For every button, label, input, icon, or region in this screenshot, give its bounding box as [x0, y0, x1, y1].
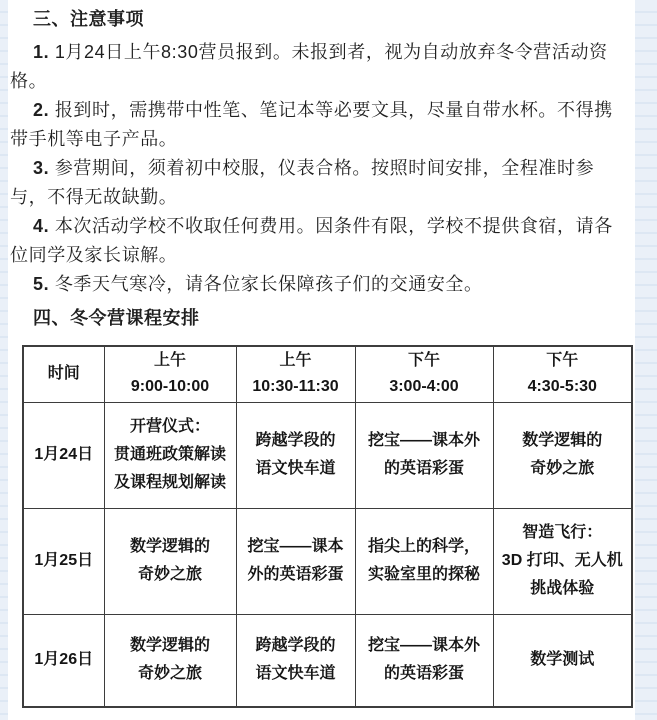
notice-item-1: 1. 1月24日上午8:30营员报到。未报到者，视为自动放弃冬令营活动资 格。	[10, 38, 635, 96]
schedule-section-title: 四、冬令营课程安排	[33, 306, 635, 330]
course-cell: 开营仪式： 贯通班政策解读 及课程规划解读	[104, 402, 236, 508]
table-row: 1月26日 数学逻辑的 奇妙之旅 跨越学段的 语文快车道 挖宝——课本外 的英语…	[23, 614, 632, 707]
course-cell: 数学逻辑的 奇妙之旅	[493, 402, 632, 508]
notice-item-3: 3. 参营期间，须着初中校服，仪表合格。按照时间安排，全程准时参 与，不得无故缺…	[10, 154, 635, 212]
course-cell: 数学逻辑的 奇妙之旅	[104, 614, 236, 707]
date-cell: 1月26日	[23, 614, 104, 707]
table-row: 1月25日 数学逻辑的 奇妙之旅 挖宝——课本 外的英语彩蛋 指尖上的科学， 实…	[23, 508, 632, 614]
course-cell: 跨越学段的 语文快车道	[236, 614, 355, 707]
course-cell: 数学测试	[493, 614, 632, 707]
date-cell: 1月24日	[23, 402, 104, 508]
item-text: 冬季天气寒冷，请各位家长保障孩子们的交通安全。	[49, 274, 482, 294]
header-cell-afternoon-2: 下午 4:30-5:30	[493, 346, 632, 402]
header-cell-morning-2: 上午 10:30-11:30	[236, 346, 355, 402]
notice-item-5: 5. 冬季天气寒冷，请各位家长保障孩子们的交通安全。	[10, 270, 635, 299]
item-number: 5.	[33, 274, 49, 294]
item-text: 报到时，需携带中性笔、笔记本等必要文具，尽量自带水杯。不得携 带手机等电子产品。	[10, 100, 613, 149]
date-cell: 1月25日	[23, 508, 104, 614]
notice-item-4: 4. 本次活动学校不收取任何费用。因条件有限，学校不提供食宿，请各 位同学及家长…	[10, 212, 635, 270]
page-edge-right	[634, 0, 657, 720]
header-cell-afternoon-1: 下午 3:00-4:00	[355, 346, 493, 402]
schedule-table: 时间 上午 9:00-10:00 上午 10:30-11:30 下午 3:00-…	[22, 345, 633, 708]
item-number: 3.	[33, 158, 49, 178]
course-cell: 挖宝——课本外 的英语彩蛋	[355, 402, 493, 508]
header-cell-morning-1: 上午 9:00-10:00	[104, 346, 236, 402]
notice-item-2: 2. 报到时，需携带中性笔、笔记本等必要文具，尽量自带水杯。不得携 带手机等电子…	[10, 96, 635, 154]
document-page: 三、注意事项 1. 1月24日上午8:30营员报到。未报到者，视为自动放弃冬令营…	[8, 0, 635, 720]
course-cell: 智造飞行： 3D 打印、无人机 挑战体验	[493, 508, 632, 614]
item-number: 2.	[33, 100, 49, 120]
item-text: 参营期间，须着初中校服，仪表合格。按照时间安排，全程准时参 与，不得无故缺勤。	[10, 158, 594, 207]
notice-section-title: 三、注意事项	[33, 7, 635, 31]
course-cell: 跨越学段的 语文快车道	[236, 402, 355, 508]
table-row: 1月24日 开营仪式： 贯通班政策解读 及课程规划解读 跨越学段的 语文快车道 …	[23, 402, 632, 508]
course-cell: 指尖上的科学， 实验室里的探秘	[355, 508, 493, 614]
course-cell: 挖宝——课本 外的英语彩蛋	[236, 508, 355, 614]
table-header-row: 时间 上午 9:00-10:00 上午 10:30-11:30 下午 3:00-…	[23, 346, 632, 402]
item-text: 1月24日上午8:30营员报到。未报到者，视为自动放弃冬令营活动资 格。	[10, 42, 608, 91]
item-number: 1.	[33, 42, 49, 62]
course-cell: 挖宝——课本外 的英语彩蛋	[355, 614, 493, 707]
header-cell-time: 时间	[23, 346, 104, 402]
course-cell: 数学逻辑的 奇妙之旅	[104, 508, 236, 614]
item-text: 本次活动学校不收取任何费用。因条件有限，学校不提供食宿，请各 位同学及家长谅解。	[10, 216, 613, 265]
item-number: 4.	[33, 216, 49, 236]
